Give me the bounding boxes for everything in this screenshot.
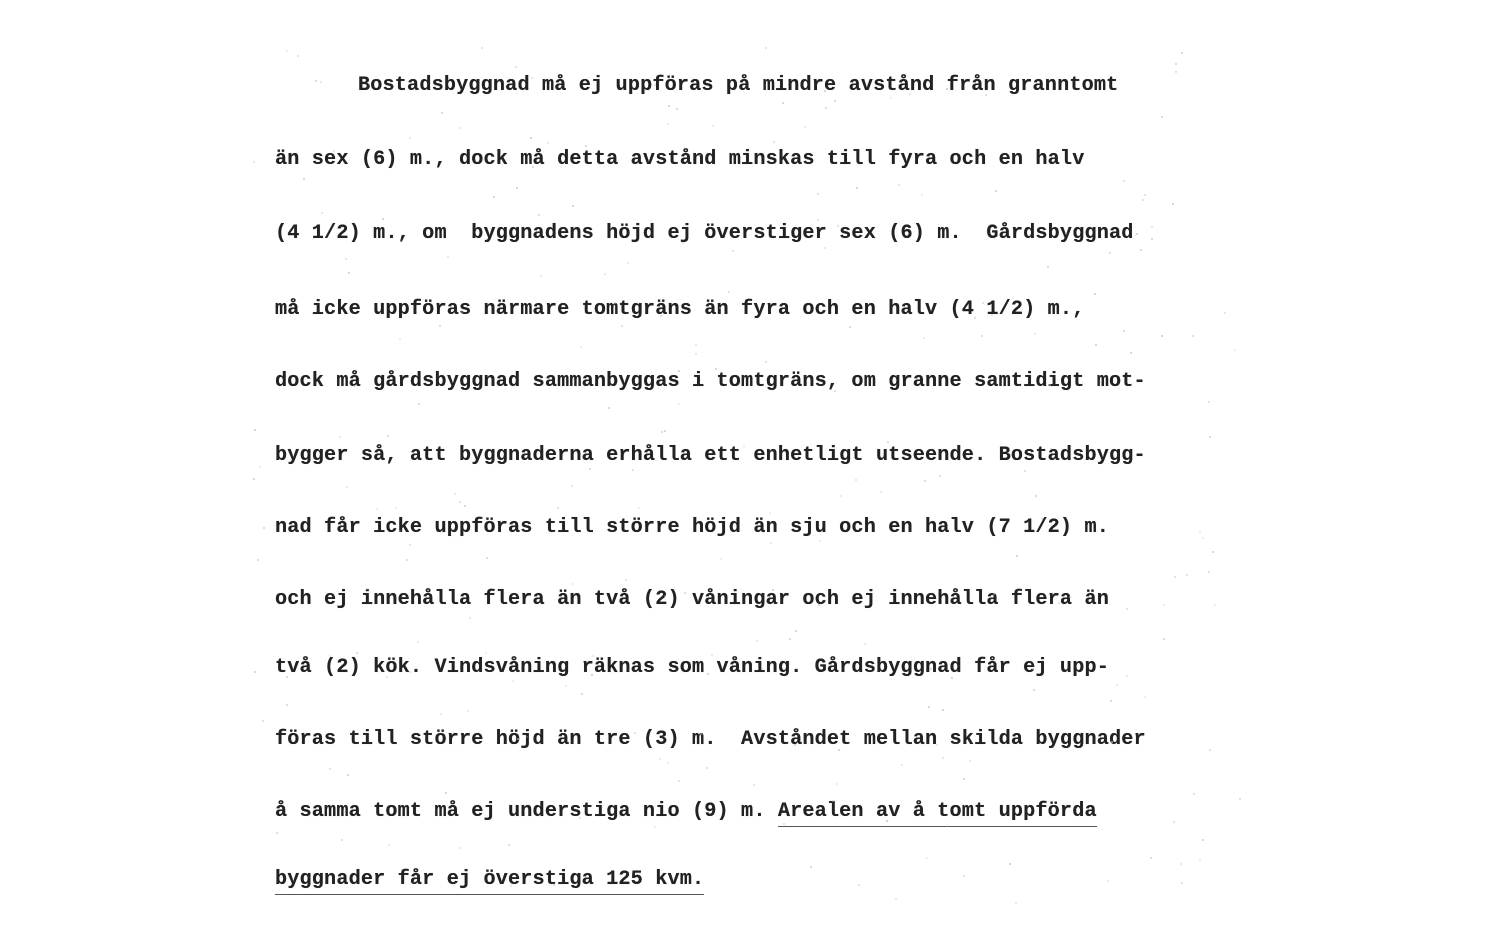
underlined-text-12: byggnader får ej överstiga 125 kvm. <box>275 868 704 895</box>
scanned-document-page: Bostadsbyggnad må ej uppföras på mindre … <box>0 0 1505 938</box>
text-line-5: dock må gårdsbyggnad sammanbyggas i tomt… <box>275 370 1146 394</box>
text-line-8: och ej innehålla flera än två (2) våning… <box>275 588 1109 612</box>
text-line-9: två (2) kök. Vindsvåning räknas som våni… <box>275 656 1109 680</box>
text-line-1: Bostadsbyggnad må ej uppföras på mindre … <box>358 74 1118 98</box>
text-line-10: föras till större höjd än tre (3) m. Avs… <box>275 728 1146 752</box>
text-line-4: må icke uppföras närmare tomtgräns än fy… <box>275 298 1084 322</box>
text-line-7: nad får icke uppföras till större höjd ä… <box>275 516 1109 540</box>
text-line-3: (4 1/2) m., om byggnadens höjd ej överst… <box>275 222 1134 246</box>
text-line-11: å samma tomt må ej understiga nio (9) m.… <box>275 800 1097 824</box>
text-line-12: byggnader får ej överstiga 125 kvm. <box>275 868 704 892</box>
text-line-11-plain: å samma tomt må ej understiga nio (9) m. <box>275 800 778 823</box>
text-line-6: bygger så, att byggnaderna erhålla ett e… <box>275 444 1146 468</box>
text-line-2: än sex (6) m., dock må detta avstånd min… <box>275 148 1084 172</box>
underlined-text-11: Arealen av å tomt uppförda <box>778 800 1097 827</box>
